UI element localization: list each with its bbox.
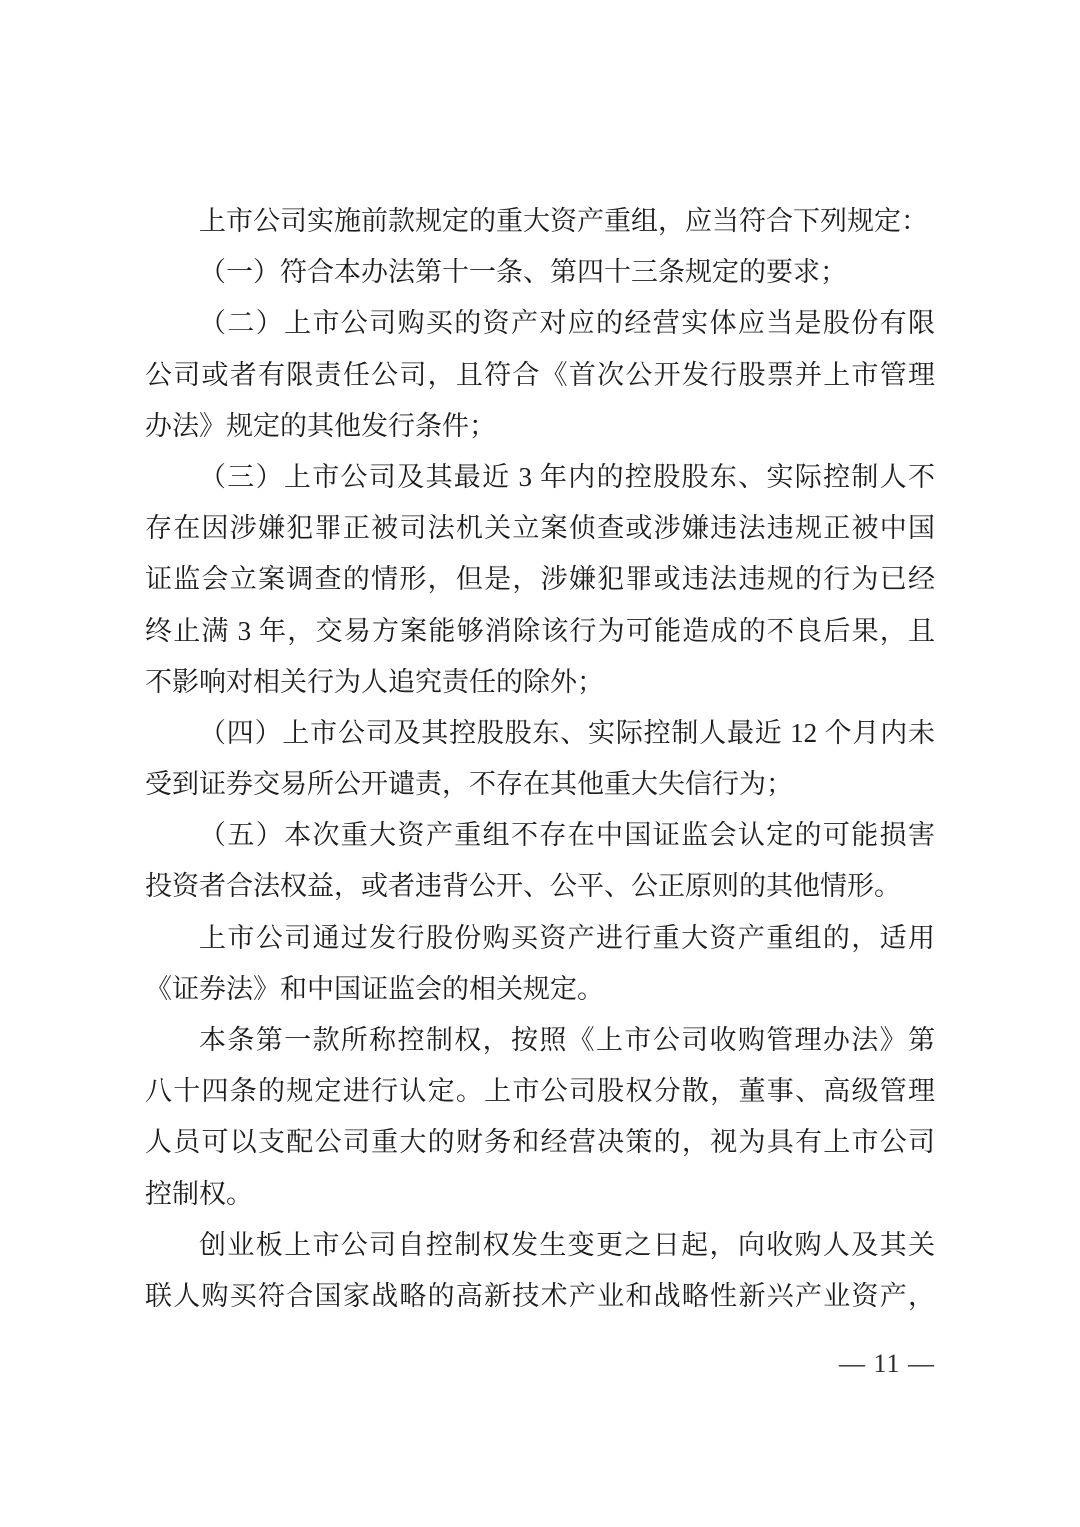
text-line: 受到证券交易所公开谴责，不存在其他重大失信行为； — [145, 759, 935, 810]
text-line: 不影响对相关行为人追究责任的除外； — [145, 657, 935, 708]
text-line: 办法》规定的其他发行条件； — [145, 401, 935, 452]
text-line: （三）上市公司及其最近 3 年内的控股股东、实际控制人不 — [145, 452, 935, 503]
text-line: （四）上市公司及其控股股东、实际控制人最近 12 个月内未 — [145, 708, 935, 759]
text-line: 证监会立案调查的情形，但是，涉嫌犯罪或违法违规的行为已经 — [145, 554, 935, 605]
text-line: （五）本次重大资产重组不存在中国证监会认定的可能损害 — [145, 810, 935, 861]
text-line: 终止满 3 年，交易方案能够消除该行为可能造成的不良后果，且 — [145, 606, 935, 657]
text-line: 公司或者有限责任公司，且符合《首次公开发行股票并上市管理 — [145, 350, 935, 401]
text-line: 人员可以支配公司重大的财务和经营决策的，视为具有上市公司 — [145, 1117, 935, 1168]
document-body: 上市公司实施前款规定的重大资产重组，应当符合下列规定： （一）符合本办法第十一条… — [145, 196, 935, 1322]
text-line: 《证券法》和中国证监会的相关规定。 — [145, 964, 935, 1015]
text-line: 控制权。 — [145, 1169, 935, 1220]
text-line: （一）符合本办法第十一条、第四十三条规定的要求； — [145, 247, 935, 298]
text-line: 上市公司实施前款规定的重大资产重组，应当符合下列规定： — [145, 196, 935, 247]
text-line: 存在因涉嫌犯罪正被司法机关立案侦查或涉嫌违法违规正被中国 — [145, 503, 935, 554]
text-line: 八十四条的规定进行认定。上市公司股权分散，董事、高级管理 — [145, 1066, 935, 1117]
text-line: 创业板上市公司自控制权发生变更之日起，向收购人及其关 — [145, 1220, 935, 1271]
text-line: 联人购买符合国家战略的高新技术产业和战略性新兴产业资产， — [145, 1271, 935, 1322]
text-line: 本条第一款所称控制权，按照《上市公司收购管理办法》第 — [145, 1015, 935, 1066]
page-number: — 11 — — [145, 1344, 935, 1384]
text-line: 投资者合法权益，或者违背公开、公平、公正原则的其他情形。 — [145, 861, 935, 912]
text-line: （二）上市公司购买的资产对应的经营实体应当是股份有限 — [145, 298, 935, 349]
document-page: 上市公司实施前款规定的重大资产重组，应当符合下列规定： （一）符合本办法第十一条… — [0, 0, 1080, 1527]
text-line: 上市公司通过发行股份购买资产进行重大资产重组的，适用 — [145, 913, 935, 964]
